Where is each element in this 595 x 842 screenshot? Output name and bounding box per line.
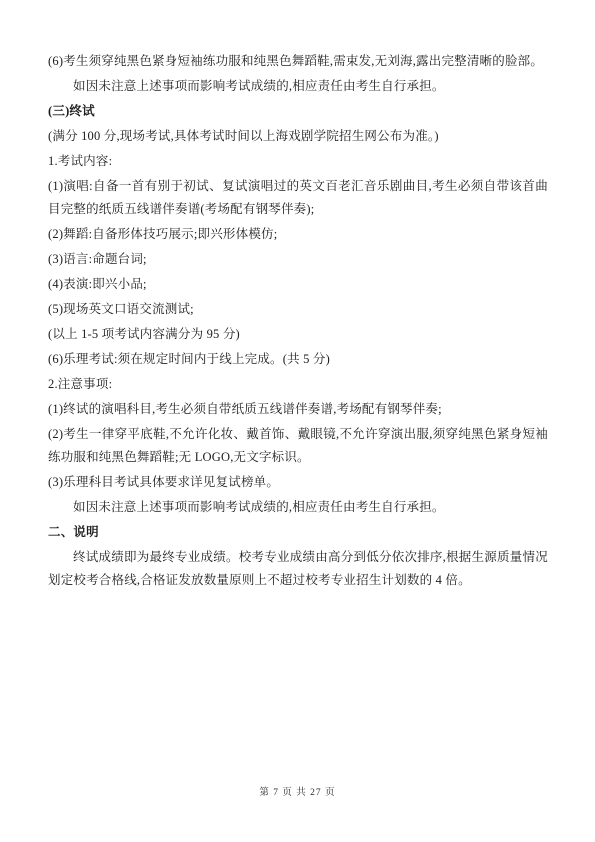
- document-page: (6)考生须穿纯黑色紧身短袖练功服和纯黑色舞蹈鞋,需束发,无刘海,露出完整清晰的…: [0, 0, 595, 842]
- para-responsibility-note: 如因未注意上述事项而影响考试成绩的,相应责任由考生自行承担。: [48, 75, 548, 98]
- para-item-dance: (2)舞蹈:自备形体技巧展示;即兴形体模仿;: [48, 223, 548, 246]
- para-notes-label: 2.注意事项:: [48, 373, 548, 396]
- para-item-acting: (4)表演:即兴小品;: [48, 273, 548, 296]
- heading-section-final-exam: (三)终试: [48, 100, 548, 123]
- para-responsibility-note-2: 如因未注意上述事项而影响考试成绩的,相应责任由考生自行承担。: [48, 496, 548, 519]
- para-item-music-theory: (6)乐理考试:须在规定时间内于线上完成。(共 5 分): [48, 348, 548, 371]
- para-note-music-theory-requirements: (3)乐理科目考试具体要求详见复试榜单。: [48, 471, 548, 494]
- para-exam-content-label: 1.考试内容:: [48, 150, 548, 173]
- para-note-sheet-music: (1)终试的演唱科目,考生必须自带纸质五线谱伴奏谱,考场配有钢琴伴奏;: [48, 398, 548, 421]
- para-note-dress-code: (2)考生一律穿平底鞋,不允许化妆、戴首饰、戴眼镜,不允许穿演出服,须穿纯黑色紧…: [48, 423, 548, 469]
- para-item-language: (3)语言:命题台词;: [48, 248, 548, 271]
- para-dress-requirement-6: (6)考生须穿纯黑色紧身短袖练功服和纯黑色舞蹈鞋,需束发,无刘海,露出完整清晰的…: [48, 50, 548, 73]
- para-item-english-test: (5)现场英文口语交流测试;: [48, 298, 548, 321]
- para-exam-score-note: (满分 100 分,现场考试,具体考试时间以上海戏剧学院招生网公布为准。): [48, 125, 548, 148]
- document-body: (6)考生须穿纯黑色紧身短袖练功服和纯黑色舞蹈鞋,需束发,无刘海,露出完整清晰的…: [48, 48, 548, 594]
- para-final-score-explanation: 终试成绩即为最终专业成绩。校考专业成绩由高分到低分依次排序,根据生源质量情况划定…: [48, 546, 548, 592]
- para-item-singing: (1)演唱:自备一首有别于初试、复试演唱过的英文百老汇音乐剧曲目,考生必须自带该…: [48, 175, 548, 221]
- heading-section-explanation: 二、说明: [48, 521, 548, 544]
- para-items-total-score: (以上 1-5 项考试内容满分为 95 分): [48, 323, 548, 346]
- page-footer: 第 7 页 共 27 页: [0, 784, 595, 798]
